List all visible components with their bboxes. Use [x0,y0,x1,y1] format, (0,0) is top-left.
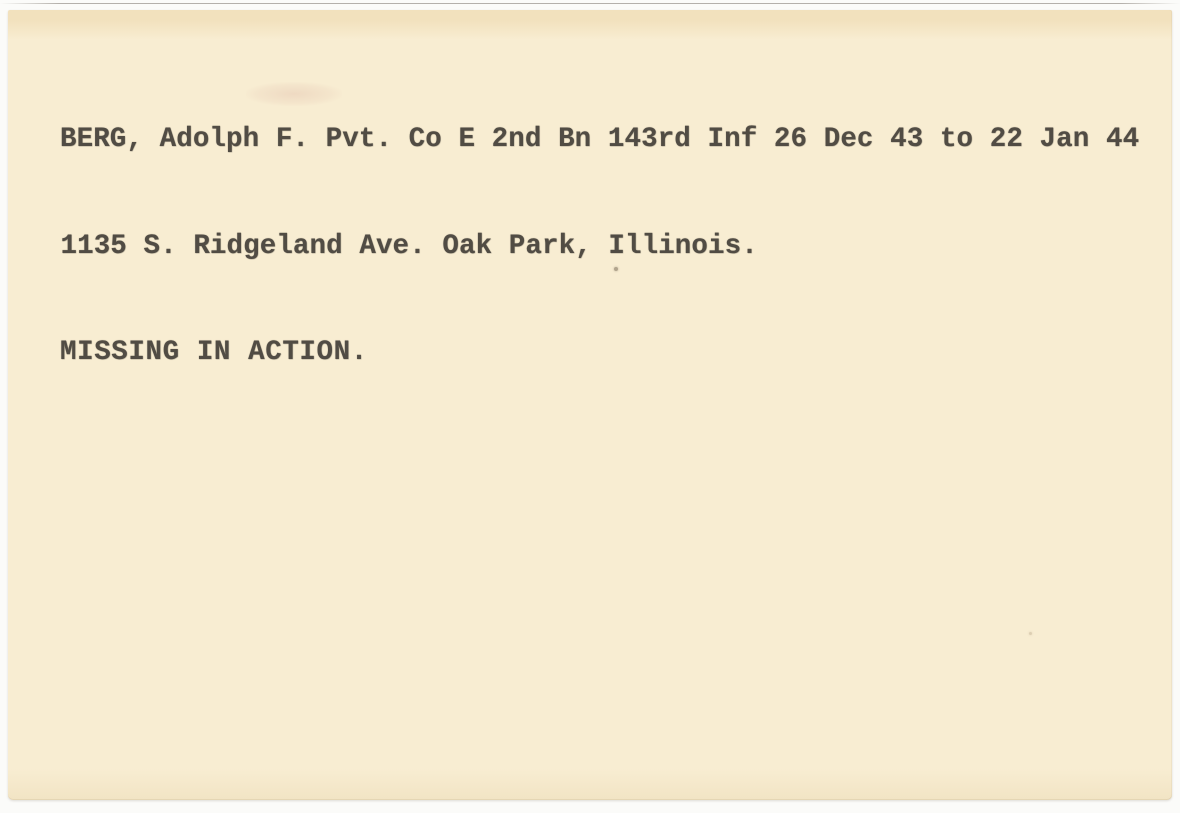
service-record-line: BERG, Adolph F. Pvt. Co E 2nd Bn 143rd I… [60,122,1139,158]
typewritten-text-block: BERG, Adolph F. Pvt. Co E 2nd Bn 143rd I… [60,51,1139,442]
status-line: MISSING IN ACTION. [60,335,1139,371]
address-line: 1135 S. Ridgeland Ave. Oak Park, Illinoi… [61,229,1140,265]
paper-speck [1029,632,1032,635]
scanned-document-page: BERG, Adolph F. Pvt. Co E 2nd Bn 143rd I… [0,0,1180,813]
scanner-edge-line [0,3,1180,4]
index-card: BERG, Adolph F. Pvt. Co E 2nd Bn 143rd I… [8,10,1172,800]
